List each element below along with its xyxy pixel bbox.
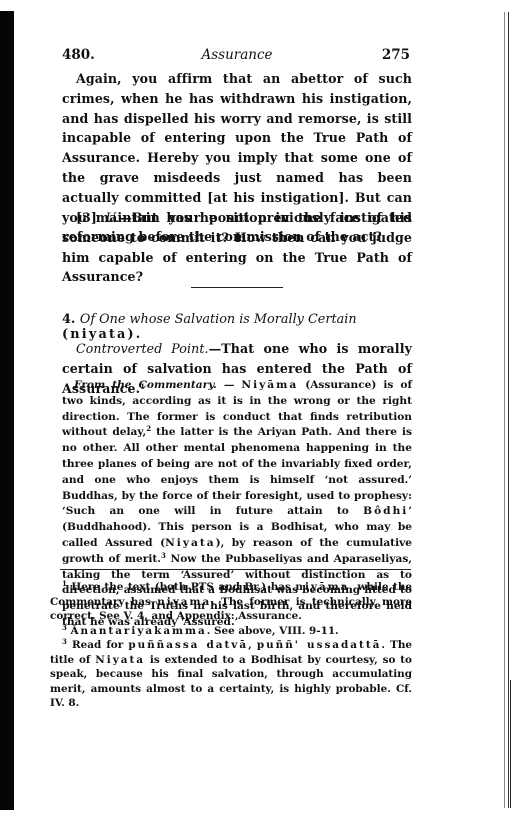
section-heading-title: Of One whose Salvation is Morally Certai… [80, 312, 357, 327]
section-heading: 4. Of One whose Salvation is Morally Cer… [62, 312, 422, 342]
running-head: 480. Assurance 275 [62, 47, 412, 65]
controverted-label: Controverted Point. [76, 341, 209, 356]
pali-term: Niyata [95, 654, 145, 666]
scan-binding-edge [0, 11, 14, 810]
footnote-2: 3 Ānantariyakamma. See above, VIII. 9-11… [50, 624, 412, 639]
pali-term: niyama [157, 596, 211, 608]
pali-term: puññ' ussadattā [257, 639, 382, 651]
speaker-label: U. [106, 210, 120, 225]
commentary-label: From the Commentary. [74, 379, 217, 391]
page-number: 275 [382, 47, 410, 63]
section-heading-number: 4. [62, 312, 75, 327]
dash: — [217, 379, 242, 391]
pali-term: Niyata [165, 537, 216, 549]
footnote-rule [60, 569, 411, 570]
section-separator [191, 287, 283, 288]
page-edge-line [504, 12, 505, 808]
footnote-segment: . See above, VIII. 9-11. [207, 625, 339, 637]
pali-term: Bôdhi [363, 505, 408, 517]
footnote-segment: Read for [67, 639, 128, 651]
footnote-segment: Here the text (both PTS and Br.) has [67, 581, 296, 593]
page-edge-line [510, 680, 511, 808]
pali-term: Niyāma [241, 379, 298, 391]
running-title: Assurance [62, 47, 412, 63]
pali-term: niyāma [295, 581, 349, 593]
pali-term: Ānantariyakamma [71, 625, 207, 637]
footnote-marker: 3 [62, 623, 67, 632]
footnote-3: 3 Read for puññassa datvā, puññ' ussadat… [50, 638, 412, 711]
footnotes: 1 Here the text (both PTS and Br.) has n… [50, 580, 412, 711]
footnote-segment: , [248, 639, 257, 651]
footnote-1: 1 Here the text (both PTS and Br.) has n… [50, 580, 412, 624]
page-edge-line [508, 12, 509, 808]
pali-term: puññassa datvā [128, 639, 248, 651]
paragraph-text: [3] U.—But has he not previously instiga… [62, 208, 412, 287]
commentary-segment: the latter is the Ariyan Path. And there… [62, 426, 412, 517]
paragraph-objection: [3] U.—But has he not previously instiga… [62, 208, 412, 287]
argument-number: [3] [76, 210, 106, 225]
